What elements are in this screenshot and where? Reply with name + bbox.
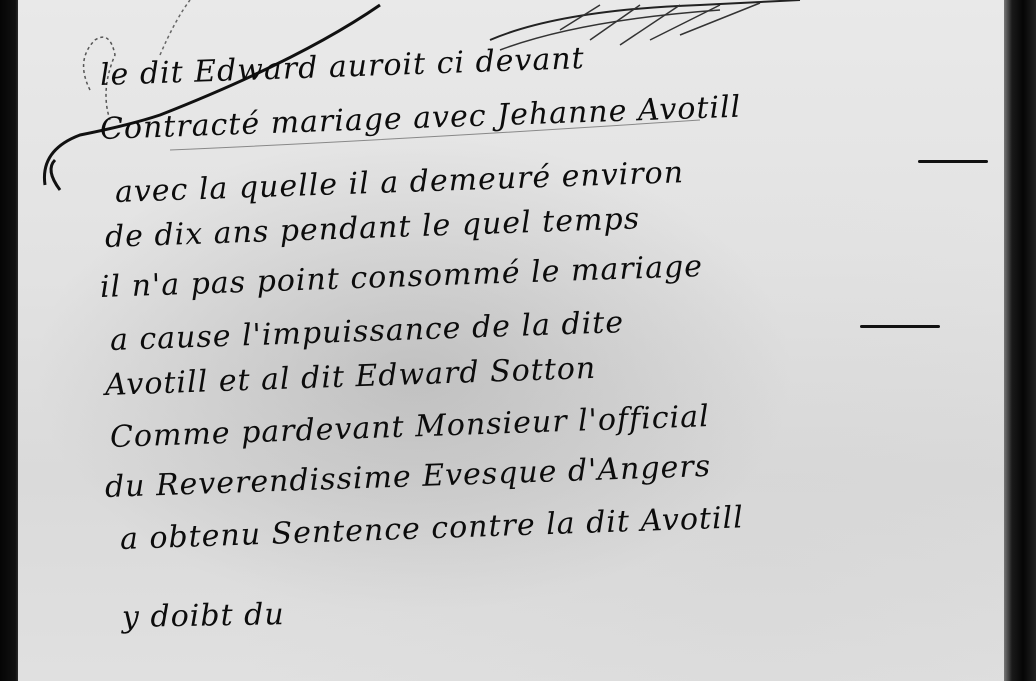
binding-edge-right <box>1004 0 1036 681</box>
manuscript-line: y doibt du <box>122 597 285 635</box>
line-filler-dash <box>918 160 988 163</box>
line-filler-dash <box>860 325 940 328</box>
